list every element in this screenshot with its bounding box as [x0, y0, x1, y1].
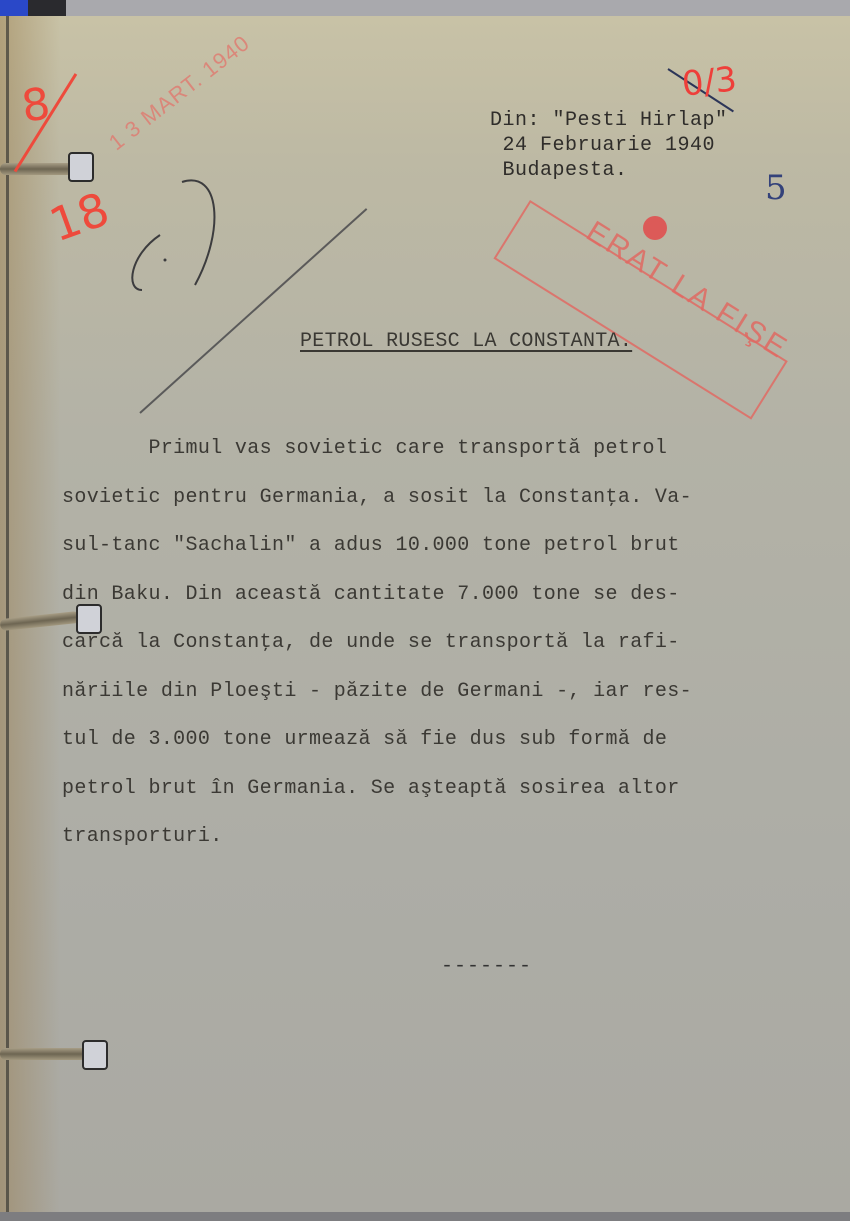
body-line: năriile din Ploeşti - păzite de Germani …	[62, 668, 822, 717]
red-folio-number: 0/3	[680, 59, 739, 105]
binding-string-top	[0, 163, 75, 175]
page-bottom-edge	[0, 1212, 850, 1221]
body-line: sul-tanc "Sachalin" a adus 10.000 tone p…	[62, 522, 822, 571]
body-line: din Baku. Din această cantitate 7.000 to…	[62, 571, 822, 620]
body-line: petrol brut în Germania. Se aşteaptă sos…	[62, 765, 822, 814]
stamp-ink-blot	[643, 216, 667, 240]
body-line: Primul vas sovietic care transportă petr…	[62, 425, 822, 474]
binding-string-bottom	[0, 1048, 90, 1060]
source-date: 24 Februarie 1940	[490, 133, 728, 158]
document-title: PETROL RUSESC LA CONSTANTA.	[300, 330, 632, 353]
source-city: Budapesta.	[490, 158, 728, 183]
body-line: transporturi.	[62, 813, 822, 862]
document-body: Primul vas sovietic care transportă petr…	[62, 425, 822, 862]
body-line: sovietic pentru Germania, a sosit la Con…	[62, 474, 822, 523]
blue-ink-mark: 5	[765, 168, 787, 208]
body-line: tul de 3.000 tone urmează să fie dus sub…	[62, 716, 822, 765]
punch-hole-top	[68, 152, 94, 182]
pencil-bracket-mark	[120, 160, 230, 310]
source-publication: Din: "Pesti Hirlap"	[490, 108, 728, 133]
binding-spine	[6, 16, 9, 1214]
punch-hole-bottom	[82, 1040, 108, 1070]
end-separator: -------	[441, 955, 532, 978]
body-line: carcă la Constanţa, de unde se transport…	[62, 619, 822, 668]
source-header: Din: "Pesti Hirlap" 24 Februarie 1940 Bu…	[490, 108, 728, 183]
